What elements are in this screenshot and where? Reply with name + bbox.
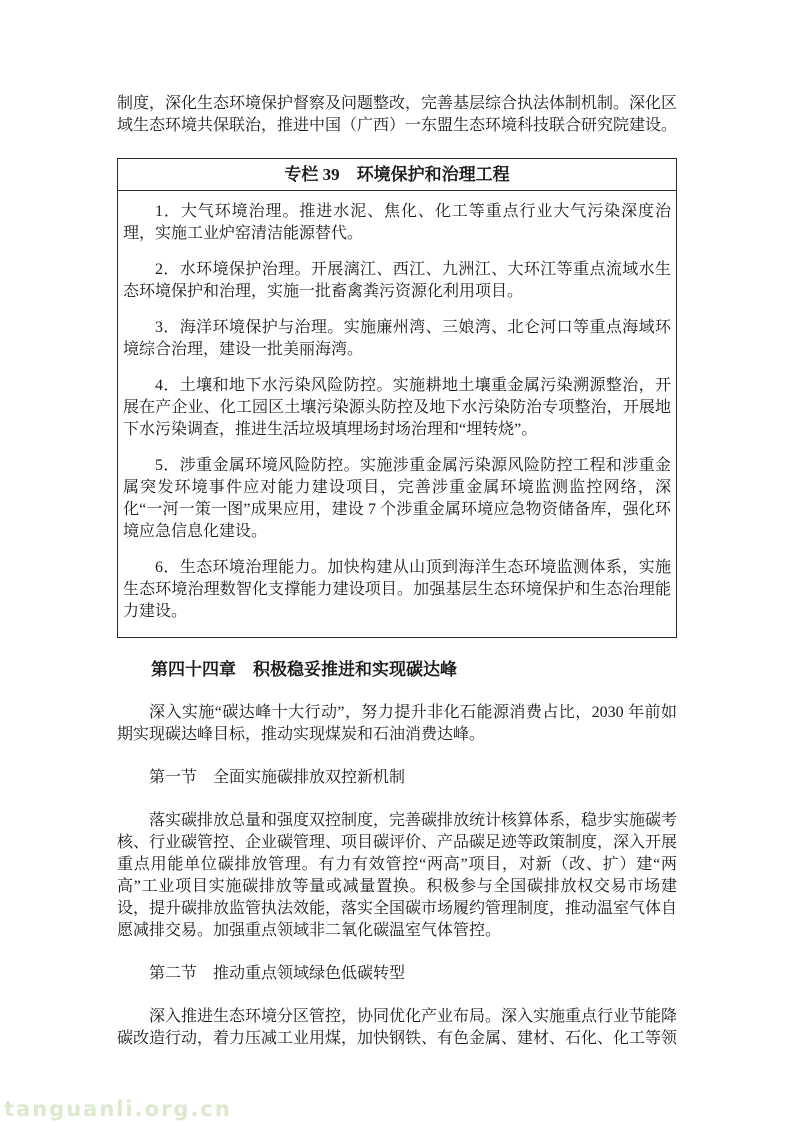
intro-paragraph: 制度，深化生态环境保护督察及问题整改，完善基层综合执法体制机制。深化区域生态环境…: [117, 93, 677, 137]
section-1-paragraph: 落实碳排放总量和强度双控制度，完善碳排放统计核算体系，稳步实施碳考核、行业碳管控…: [117, 810, 677, 942]
panel-item-4: 4．土壤和地下水污染风险防控。实施耕地土壤重金属污染溯源整治，开展在产企业、化工…: [123, 375, 671, 441]
section-2-heading: 第二节 推动重点领域绿色低碳转型: [117, 963, 677, 985]
panel-box-39: 专栏 39 环境保护和治理工程 1．大气环境治理。推进水泥、焦化、化工等重点行业…: [117, 158, 677, 638]
panel-title: 专栏 39 环境保护和治理工程: [118, 159, 676, 191]
panel-item-3: 3．海洋环境保护与治理。实施廉州湾、三娘湾、北仑河口等重点海域环境综合治理，建设…: [123, 317, 671, 361]
panel-item-5: 5．涉重金属环境风险防控。实施涉重金属污染源风险防控工程和涉重金属突发环境事件应…: [123, 455, 671, 543]
panel-item-1: 1．大气环境治理。推进水泥、焦化、化工等重点行业大气污染深度治理，实施工业炉窑清…: [123, 201, 671, 245]
chapter-heading: 第四十四章 积极稳妥推进和实现碳达峰: [117, 659, 677, 681]
section-1-heading: 第一节 全面实施碳排放双控新机制: [117, 767, 677, 789]
panel-body: 1．大气环境治理。推进水泥、焦化、化工等重点行业大气污染深度治理，实施工业炉窑清…: [118, 191, 676, 623]
section-2-paragraph: 深入推进生态环境分区管控，协同优化产业布局。深入实施重点行业节能降碳改造行动，着…: [117, 1006, 677, 1050]
document-page: 制度，深化生态环境保护督察及问题整改，完善基层综合执法体制机制。深化区域生态环境…: [117, 93, 677, 1071]
chapter-intro-paragraph: 深入实施“碳达峰十大行动”，努力提升非化石能源消费占比，2030 年前如期实现碳…: [117, 702, 677, 746]
panel-item-2: 2．水环境保护治理。开展漓江、西江、九洲江、大环江等重点流域水生态环境保护和治理…: [123, 259, 671, 303]
watermark: tanguanli.org.cn: [4, 1097, 232, 1121]
panel-item-6: 6．生态环境治理能力。加快构建从山顶到海洋生态环境监测体系，实施生态环境治理数智…: [123, 557, 671, 623]
